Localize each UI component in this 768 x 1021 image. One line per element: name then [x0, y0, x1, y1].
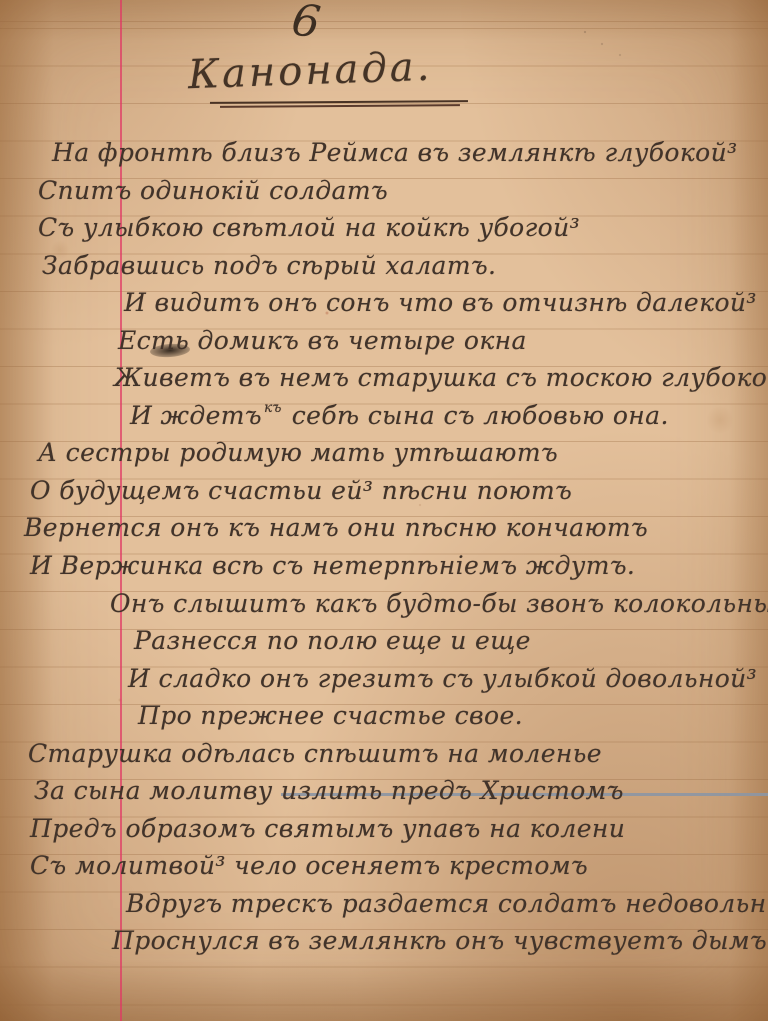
poem-line: Вернется онъ къ намъ они пѣсню кончаютъ — [0, 509, 768, 547]
poem-line: О будущемъ счастьи ей³ пѣсни поютъ — [0, 472, 768, 510]
inserted-word-above-line: къ — [264, 400, 281, 416]
title-underline — [210, 100, 468, 110]
poem-line: Съ улыбкою свѣтлой на койкѣ убогой³ — [0, 209, 768, 247]
manuscript-page: 6 Канонада. На фронтѣ близъ Реймса въ зе… — [0, 0, 768, 1021]
poem-line: Онъ слышитъ какъ будто-бы звонъ колоколь… — [0, 585, 768, 623]
poem-line: Съ молитвой³ чело осеняетъ крестомъ — [0, 847, 768, 885]
poem-line: Вдругъ трескъ раздается солдатъ недоволь… — [0, 885, 768, 923]
poem-line: Спитъ одинокій солдатъ — [0, 172, 768, 210]
poem-line: Есть домикъ въ четыре окна — [0, 322, 768, 360]
poem-line-text: себѣ сына съ любовью она. — [283, 401, 668, 430]
poem-line: А сестры родимую мать утѣшаютъ — [0, 434, 768, 472]
poem-line-text: И ждетъ — [130, 401, 262, 430]
poem-body: На фронтѣ близъ Реймса въ землянкѣ глубо… — [0, 134, 768, 960]
poem-line: Живетъ въ немъ старушка съ тоскою глубок… — [0, 359, 768, 397]
poem-line: И видитъ онъ сонъ что въ отчизнѣ далекой… — [0, 284, 768, 322]
poem-line: И ждетъкъ себѣ сына съ любовью она. — [0, 397, 768, 435]
poem-line: Старушка одѣлась спѣшитъ на моленье — [0, 735, 768, 773]
poem-line: Забравшись подъ сѣрый халатъ. — [0, 247, 768, 285]
poem-line: И сладко онъ грезитъ съ улыбкой довольно… — [0, 660, 768, 698]
poem-title: Канонада. — [187, 44, 433, 98]
page-number: 6 — [289, 0, 324, 49]
poem-line: На фронтѣ близъ Реймса въ землянкѣ глубо… — [0, 134, 768, 172]
poem-line: За сына молитву излить предъ Христомъ — [0, 772, 768, 810]
poem-line: Проснулся въ землянкѣ онъ чувствуетъ дым… — [0, 922, 768, 960]
poem-line: Предъ образомъ святымъ упавъ на колени — [0, 810, 768, 848]
poem-line: Про прежнее счастье свое. — [0, 697, 768, 735]
poem-line: И Вержинка всѣ съ нетерпѣніемъ ждутъ. — [0, 547, 768, 585]
poem-line: Разнесся по полю еще и еще — [0, 622, 768, 660]
